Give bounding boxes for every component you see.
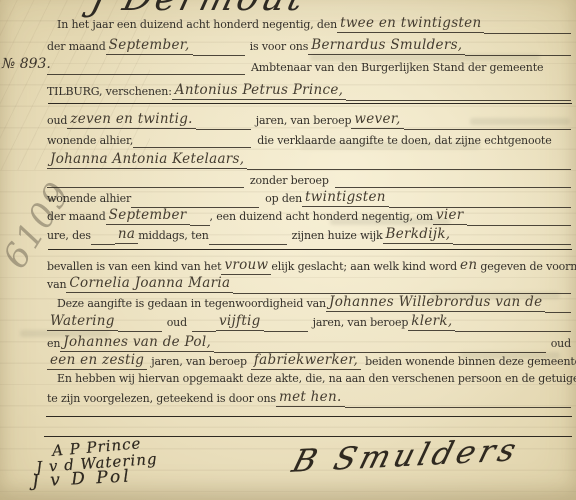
printed-text: is voor ons	[245, 40, 309, 54]
blank-line	[193, 38, 245, 56]
printed-text: ure, des	[47, 229, 91, 243]
declarant-name-handwritten: Antonius Petrus Prince,	[172, 82, 346, 100]
declarant-age-handwritten: zeven en twintig.	[67, 111, 195, 129]
act-line-witness2: en Johannes van de Pol, oud	[47, 335, 571, 353]
blank-line	[233, 276, 571, 294]
registrar-signature: B Smulders	[288, 432, 523, 480]
act-line-birth-day: wonende alhier op den twintigsten	[47, 190, 571, 208]
blank-line	[335, 174, 571, 188]
printed-text: te zijn voorgelezen, geteekend is door o…	[47, 392, 276, 406]
day-ordinal-handwritten: twee en twintigsten	[337, 15, 484, 33]
blank-line	[91, 227, 115, 245]
blank-line	[453, 227, 571, 245]
printed-text: jaren, van beroep	[147, 355, 251, 369]
birth-certificate-scan: J Dermout № 893. 6109 In het jaar een du…	[0, 0, 576, 500]
signature-rule	[46, 416, 572, 417]
blank-line	[47, 61, 245, 75]
printed-text: der maand	[47, 210, 106, 224]
signed-with-handwritten: met hen.	[276, 389, 345, 407]
month-handwritten: September,	[106, 37, 193, 55]
blank-line	[264, 314, 308, 332]
blank-line	[192, 314, 216, 332]
district-handwritten: Berkdijk,	[383, 226, 454, 244]
act-line-month-registrar: der maand September, is voor ons Bernard…	[47, 38, 571, 56]
witness1-occupation-handwritten: klerk,	[408, 313, 455, 331]
act-line-residence: wonende alhier, die verklaarde aangifte …	[47, 134, 571, 148]
act-line-birth-place: ure, des na middags, ten zijnen huize wi…	[47, 227, 571, 245]
blank-line	[209, 227, 287, 245]
printed-text: , een duizend acht honderd negentig, om	[210, 210, 433, 224]
act-line-declarant-age: oud zeven en twintig. jaren, van beroep …	[47, 112, 571, 130]
witness1-name-handwritten: Watering	[47, 313, 118, 331]
act-line-mother-name: Johanna Antonia Ketelaars,	[47, 152, 571, 170]
blank-line	[467, 208, 571, 226]
act-line-witness1-details: Watering oud vijftig jaren, van beroep k…	[47, 314, 571, 332]
act-line-closing-b: te zijn voorgelezen, geteekend is door o…	[47, 390, 571, 408]
blank-line	[118, 314, 162, 332]
printed-text: En hebben wij hiervan opgemaakt deze akt…	[57, 372, 576, 386]
blank-line	[196, 112, 251, 130]
section-rule	[48, 249, 572, 250]
witness1-age-handwritten: vijftig	[216, 313, 264, 331]
blank-line	[47, 174, 244, 188]
printed-text: elijk geslacht; aan welk kind word	[271, 260, 457, 274]
child-names-handwritten: Cornelia Joanna Maria	[66, 275, 233, 293]
printed-text: der maand	[47, 40, 106, 54]
section-rule	[48, 103, 572, 104]
blank-line	[345, 390, 571, 408]
blank-line	[214, 335, 546, 353]
paper-ruled-lines-texture	[0, 0, 576, 500]
blank-line	[247, 152, 571, 170]
birth-month-handwritten: September	[106, 207, 190, 225]
act-line-year: In het jaar een duizend acht honderd neg…	[57, 16, 571, 34]
act-line-closing-a: En hebben wij hiervan opgemaakt deze akt…	[57, 372, 571, 386]
printed-text: van	[47, 278, 66, 292]
suffix-handwritten: en	[457, 257, 480, 274]
blank-line	[484, 16, 571, 34]
act-line-witness1: Deze aangifte is gedaan in tegenwoordigh…	[57, 295, 571, 313]
printed-text: TILBURG, verschenen:	[47, 85, 172, 99]
printed-text: wonende alhier,	[47, 134, 133, 148]
printed-text: middags, ten	[138, 229, 208, 243]
printed-text: gegeven de voorna	[480, 260, 576, 274]
blank-line	[133, 134, 251, 148]
printed-text: oud	[162, 316, 192, 330]
blank-line	[389, 190, 571, 208]
act-line-child-names: van Cornelia Joanna Maria	[47, 276, 571, 294]
blank-line	[404, 112, 571, 130]
birth-hour-handwritten: vier	[433, 207, 467, 225]
printed-text: Deze aangifte is gedaan in tegenwoordigh…	[57, 297, 326, 311]
act-line-witness2-details: een en zestig jaren, van beroep fabriekw…	[47, 353, 571, 371]
printed-text: jaren, van beroep	[251, 114, 352, 128]
printed-text: zijnen huize wijk	[287, 229, 383, 243]
printed-text: beiden wonende binnen deze gemeente.	[361, 355, 576, 369]
printed-text: op den	[259, 192, 302, 206]
printed-text: zonder beroep	[244, 174, 335, 188]
daypart-handwritten: na	[115, 226, 138, 244]
registrar-name-handwritten: Bernardus Smulders,	[308, 37, 465, 55]
blank-line	[545, 295, 571, 313]
witness2-name-handwritten: Johannes van de Pol,	[60, 334, 214, 352]
blank-line	[455, 314, 571, 332]
blank-line	[465, 38, 571, 56]
act-line-child-sex: bevallen is van een kind van het vrouw e…	[47, 258, 571, 276]
act-number: № 893.	[2, 56, 51, 72]
declarant-occupation-handwritten: wever,	[351, 111, 403, 129]
printed-text: die verklaarde aangifte te doen, dat zij…	[251, 134, 551, 148]
witness1-name-handwritten: Johannes Willebrordus van de	[326, 294, 545, 312]
printed-text: Ambtenaar van den Burgerlijken Stand der…	[245, 61, 543, 75]
printed-text: en	[47, 337, 60, 351]
blank-line	[131, 190, 259, 208]
child-sex-handwritten: vrouw	[221, 257, 271, 275]
birth-day-handwritten: twintigsten	[302, 189, 389, 207]
printed-text: oud	[546, 337, 571, 351]
printed-text: wonende alhier	[47, 192, 131, 206]
printed-text: bevallen is van een kind van het	[47, 260, 221, 274]
witness2-age-handwritten: een en zestig	[47, 352, 147, 370]
mother-name-handwritten: Johanna Antonia Ketelaars,	[47, 151, 247, 169]
act-line-mother-occupation: zonder beroep	[47, 174, 571, 188]
act-line-registrar-title: Ambtenaar van den Burgerlijken Stand der…	[47, 61, 571, 75]
act-line-birth-month: der maand September , een duizend acht h…	[47, 208, 571, 226]
act-line-declarant: TILBURG, verschenen: Antonius Petrus Pri…	[47, 83, 571, 101]
printed-text: oud	[47, 114, 67, 128]
witness2-occupation-handwritten: fabriekwerker,	[251, 352, 361, 370]
printed-text: In het jaar een duizend acht honderd neg…	[57, 18, 337, 32]
witness3-signature: J v D Pol	[32, 466, 133, 491]
blank-line	[346, 83, 571, 101]
blank-line	[190, 208, 210, 226]
printed-text: jaren, van beroep	[308, 316, 409, 330]
